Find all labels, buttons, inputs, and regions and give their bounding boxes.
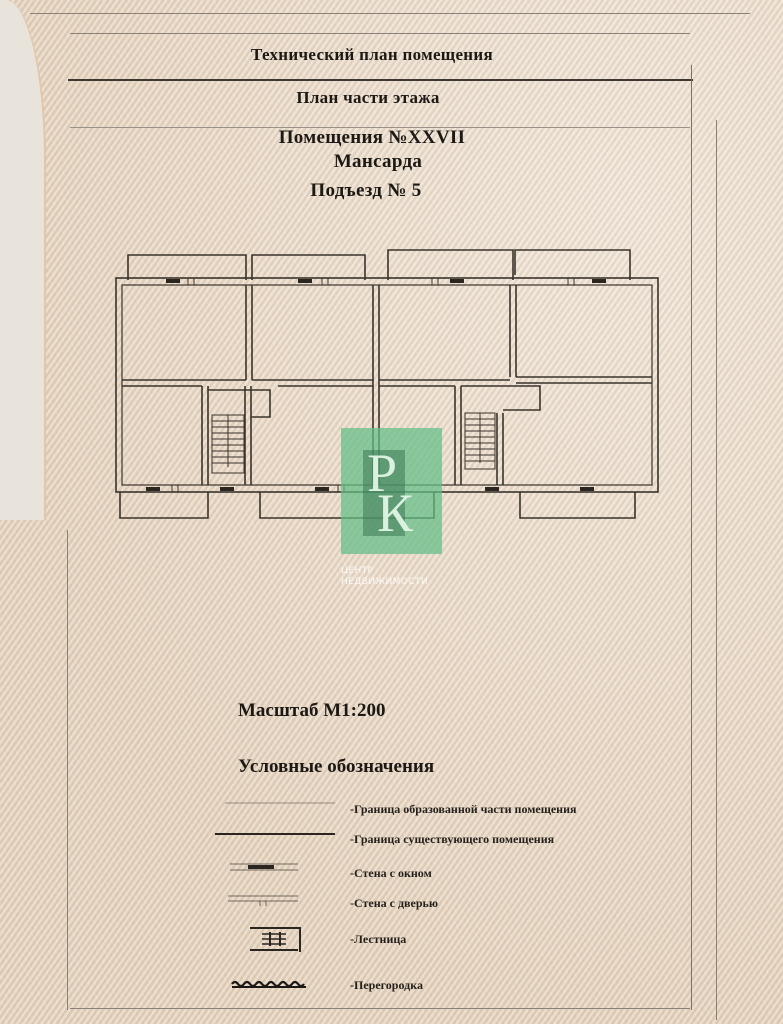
frame-right-line-2 [716, 120, 717, 1020]
stair-icon [210, 924, 340, 954]
frame-right-line [691, 65, 692, 1010]
premises-number: Помещения №XXVII [279, 127, 466, 149]
frame-bottom-line [70, 1008, 690, 1009]
frame-top-rule [30, 13, 750, 14]
entrance-number: Подъезд № 5 [310, 180, 421, 202]
title-underline [68, 79, 693, 81]
floor-name: Мансарда [334, 151, 422, 173]
legend-label: -Стена с дверью [350, 896, 438, 911]
paper-edge [0, 0, 46, 520]
watermark-logo: Р К [341, 428, 442, 554]
door-wall-icon [210, 888, 340, 918]
partition-icon [210, 970, 340, 1000]
frame-rule-2 [70, 33, 690, 34]
legend-item-existing-boundary: -Граница существующего помещения [210, 824, 690, 854]
frame-left-line [67, 530, 68, 1010]
watermark-caption: ЦЕНТР НЕДВИЖИМОСТИ [341, 566, 428, 588]
thick-line-icon [210, 824, 340, 854]
legend-label: -Лестница [350, 932, 406, 947]
legend-label: -Стена с окном [350, 866, 432, 881]
legend-item-formed-boundary: -Граница образованной части помещения [210, 794, 690, 824]
legend-item-partition: -Перегородка [210, 970, 690, 1000]
thin-line-icon [210, 794, 340, 824]
watermark-caption-line2: НЕДВИЖИМОСТИ [341, 577, 428, 588]
legend-label: -Граница существующего помещения [350, 832, 554, 847]
scale-label: Масштаб М1:200 [238, 700, 385, 722]
document-title: Технический план помещения [251, 45, 493, 65]
watermark-caption-line1: ЦЕНТР [341, 566, 428, 577]
window-wall-icon [210, 858, 340, 888]
section-title: План части этажа [296, 88, 439, 108]
legend-item-window-wall: -Стена с окном [210, 858, 690, 888]
legend-item-stair: -Лестница [210, 924, 690, 954]
legend-title: Условные обозначения [238, 756, 434, 778]
legend-label: -Перегородка [350, 978, 423, 993]
watermark-letter-k: К [377, 486, 413, 540]
legend-item-door-wall: -Стена с дверью [210, 888, 690, 918]
legend-label: -Граница образованной части помещения [350, 802, 577, 817]
